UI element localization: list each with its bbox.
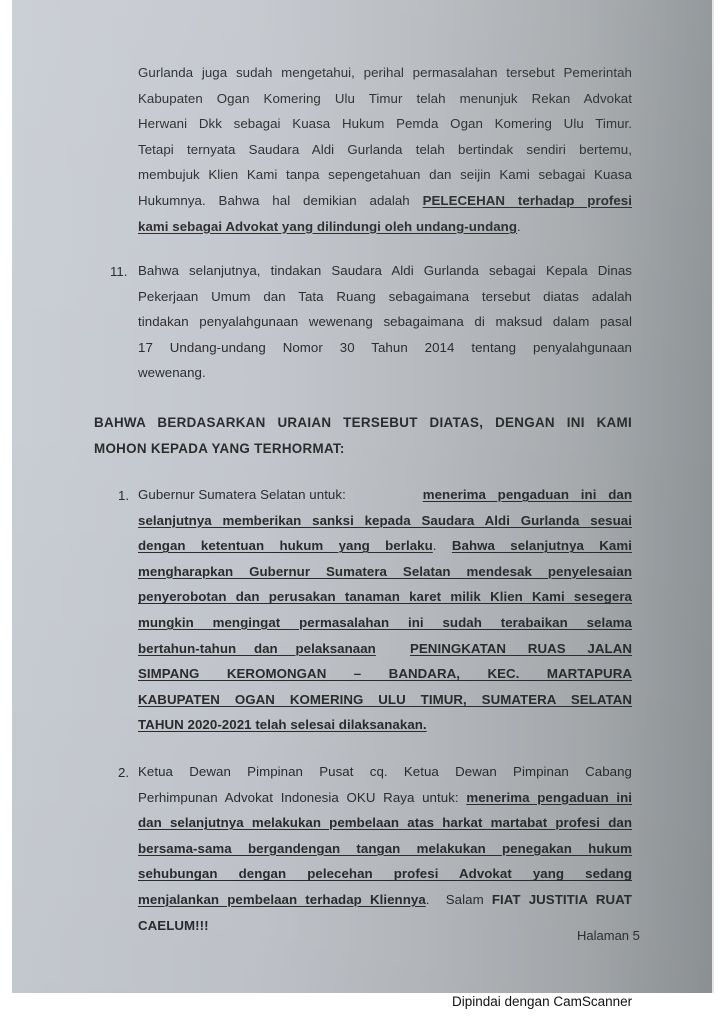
request-1-number: 1. bbox=[118, 488, 129, 503]
paragraph-line: Gurlanda juga sudah mengetahui, perihal … bbox=[138, 60, 632, 86]
scanner-watermark: Dipindai dengan CamScanner bbox=[452, 994, 632, 1009]
request-line: Perhimpunan Advokat Indonesia OKU Raya u… bbox=[138, 785, 632, 811]
paragraph-line: Hukumnya. Bahwa hal demikian adalah PELE… bbox=[138, 188, 632, 214]
item-line: tindakan penyalahgunaan wewenang sebagai… bbox=[138, 309, 632, 335]
request-2-paragraph: Ketua Dewan Pimpinan Pusat cq. Ketua Dew… bbox=[138, 759, 632, 938]
request-emphasis: menerima pengaduan ini bbox=[466, 790, 632, 805]
heading-line: MOHON KEPADA YANG TERHORMAT: bbox=[94, 436, 632, 462]
request-2-number: 2. bbox=[118, 765, 129, 780]
request-line: KABUPATEN OGAN KOMERING ULU TIMUR, SUMAT… bbox=[138, 687, 632, 713]
item-line: Pekerjaan Umum dan Tata Ruang sebagaiman… bbox=[138, 284, 632, 310]
request-text: . Salam bbox=[426, 892, 492, 907]
request-text: bertahun-tahun dan pelaksanaan bbox=[138, 636, 376, 662]
request-line: Gubernur Sumatera Selatan untuk:menerima… bbox=[138, 482, 632, 508]
item-line: Bahwa selanjutnya, tindakan Saudara Aldi… bbox=[138, 258, 632, 284]
emphasis-advokat: kami sebagai Advokat yang dilindungi ole… bbox=[138, 219, 517, 234]
emphasis-pelecehan: PELECEHAN terhadap profesi bbox=[423, 193, 632, 208]
paragraph-line: Kabupaten Ogan Komering Ulu Timur telah … bbox=[138, 86, 632, 112]
paragraph-line: membujuk Klien Kami tanpa sepengetahuan … bbox=[138, 162, 632, 188]
request-line: mungkin mengingat permasalahan ini sudah… bbox=[138, 610, 632, 636]
request-1-paragraph: Gubernur Sumatera Selatan untuk:menerima… bbox=[138, 482, 632, 738]
item-11-number: 11. bbox=[110, 264, 128, 279]
request-text: Perhimpunan Advokat Indonesia OKU Raya u… bbox=[138, 790, 466, 805]
item-line: wewenang. bbox=[138, 360, 632, 386]
motto-text: CAELUM!!! bbox=[138, 913, 632, 939]
request-emphasis: Bahwa selanjutnya Kami bbox=[452, 538, 632, 553]
paragraph-text: Hukumnya. Bahwa hal demikian adalah bbox=[138, 193, 423, 208]
paragraph-line: kami sebagai Advokat yang dilindungi ole… bbox=[138, 214, 632, 240]
request-line: penyerobotan dan perusakan tanaman karet… bbox=[138, 584, 632, 610]
request-emphasis: PENINGKATAN RUAS JALAN bbox=[410, 636, 632, 662]
request-emphasis: menjalankan pembelaan terhadap Kliennya bbox=[138, 892, 426, 907]
paragraph-text: . bbox=[517, 219, 521, 234]
scanned-page: Gurlanda juga sudah mengetahui, perihal … bbox=[12, 0, 714, 993]
request-line: dan selanjutnya melakukan pembelaan atas… bbox=[138, 810, 632, 836]
request-line: TAHUN 2020-2021 telah selesai dilaksanak… bbox=[138, 712, 632, 738]
request-emphasis: dengan ketentuan hukum yang berlaku bbox=[138, 538, 433, 553]
request-line: selanjutnya memberikan sanksi kepada Sau… bbox=[138, 508, 632, 534]
page-number: Halaman 5 bbox=[577, 928, 640, 943]
continuation-paragraph: Gurlanda juga sudah mengetahui, perihal … bbox=[138, 60, 632, 239]
heading-line: BAHWA BERDASARKAN URAIAN TERSEBUT DIATAS… bbox=[94, 410, 632, 436]
petition-heading: BAHWA BERDASARKAN URAIAN TERSEBUT DIATAS… bbox=[94, 410, 632, 461]
motto-text: FIAT JUSTITIA RUAT bbox=[492, 892, 632, 907]
request-line: SIMPANG KEROMONGAN – BANDARA, KEC. MARTA… bbox=[138, 661, 632, 687]
request-line: mengharapkan Gubernur Sumatera Selatan m… bbox=[138, 559, 632, 585]
item-11-paragraph: Bahwa selanjutnya, tindakan Saudara Aldi… bbox=[138, 258, 632, 386]
paragraph-line: Tetapi ternyata Saudara Aldi Gurlanda te… bbox=[138, 137, 632, 163]
request-line: dengan ketentuan hukum yang berlaku. Bah… bbox=[138, 533, 632, 559]
request-emphasis: menerima pengaduan ini dan bbox=[423, 482, 632, 508]
request-line: bertahun-tahun dan pelaksanaanPENINGKATA… bbox=[138, 636, 632, 662]
request-text: . bbox=[433, 538, 452, 553]
request-line: Ketua Dewan Pimpinan Pusat cq. Ketua Dew… bbox=[138, 759, 632, 785]
request-line: bersama-sama bergandengan tangan melakuk… bbox=[138, 836, 632, 862]
request-line: sehubungan dengan pelecehan profesi Advo… bbox=[138, 861, 632, 887]
request-line: menjalankan pembelaan terhadap Kliennya.… bbox=[138, 887, 632, 913]
paragraph-line: Herwani Dkk sebagai Kuasa Hukum Pemda Og… bbox=[138, 111, 632, 137]
request-addressee: Gubernur Sumatera Selatan untuk: bbox=[138, 482, 346, 508]
item-line: 17 Undang-undang Nomor 30 Tahun 2014 ten… bbox=[138, 335, 632, 361]
